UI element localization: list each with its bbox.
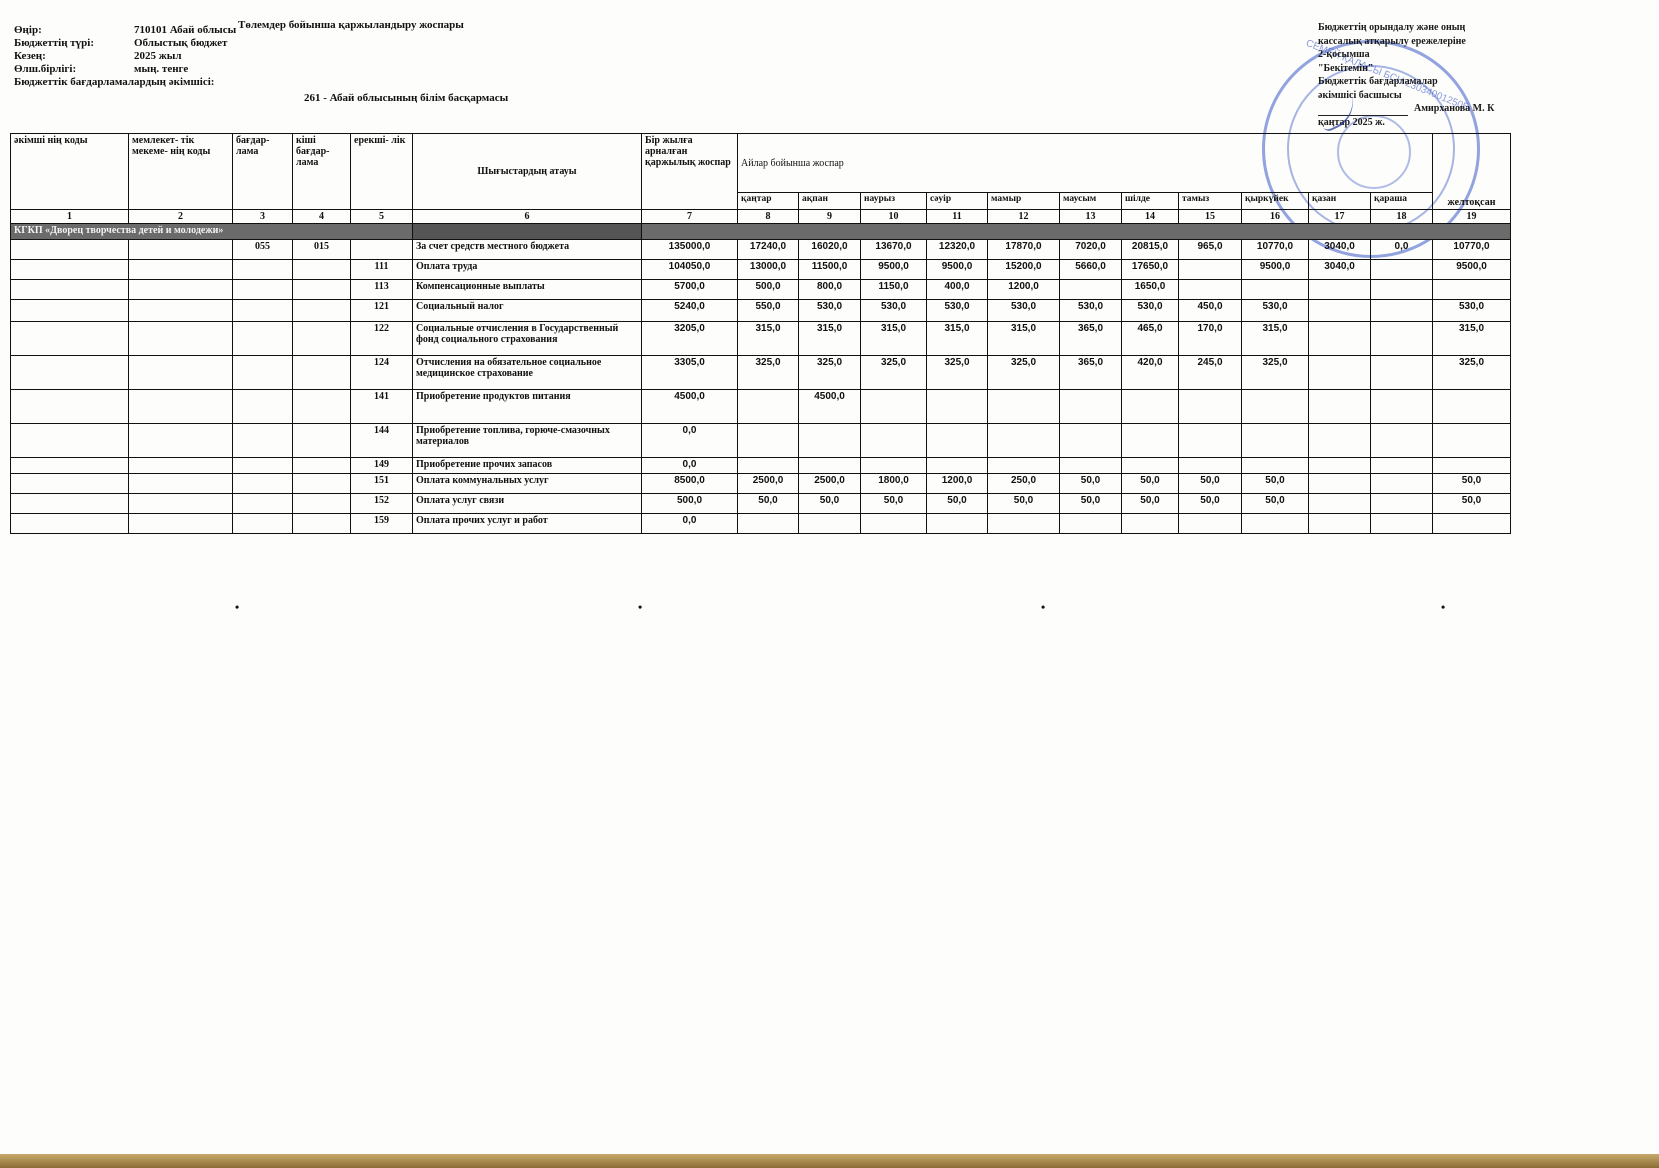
specific-cell: 121 (351, 300, 413, 322)
institution-code-cell (129, 280, 233, 300)
institution-code-cell (129, 494, 233, 514)
expense-name-cell: Социальные отчисления в Государственный … (413, 322, 642, 356)
table-row: 159Оплата прочих услуг и работ0,0 (11, 514, 1511, 534)
month-value-cell (1433, 390, 1511, 424)
month-value-cell: 1200,0 (927, 474, 988, 494)
month-value-cell (861, 424, 927, 458)
column-number: 7 (642, 210, 738, 224)
admin-code-cell (11, 240, 129, 260)
annual-plan-cell: 500,0 (642, 494, 738, 514)
admin-code-cell (11, 300, 129, 322)
table-row: 144Приобретение топлива, горюче-смазочны… (11, 424, 1511, 458)
table-row: 111Оплата труда104050,013000,011500,0950… (11, 260, 1511, 280)
table-row: 149Приобретение прочих запасов0,0 (11, 458, 1511, 474)
month-value-cell: 50,0 (1122, 474, 1179, 494)
expense-name-cell: Отчисления на обязательное социальное ме… (413, 356, 642, 390)
month-value-cell (1242, 390, 1309, 424)
specific-cell: 122 (351, 322, 413, 356)
header-month-7: шілде (1122, 193, 1179, 210)
month-value-cell: 50,0 (988, 494, 1060, 514)
column-number: 5 (351, 210, 413, 224)
specific-cell: 159 (351, 514, 413, 534)
column-number: 18 (1371, 210, 1433, 224)
month-value-cell (1122, 424, 1179, 458)
header-program: бағдар- лама (233, 134, 293, 210)
month-value-cell (1060, 458, 1122, 474)
meta-unit: Өлш.бірлігі:мың. тенге (14, 63, 236, 76)
month-value-cell: 13000,0 (738, 260, 799, 280)
specific-cell: 113 (351, 280, 413, 300)
annual-plan-cell: 4500,0 (642, 390, 738, 424)
institution-code-cell (129, 458, 233, 474)
column-number: 19 (1433, 210, 1511, 224)
header-month-6: маусым (1060, 193, 1122, 210)
month-value-cell (1371, 458, 1433, 474)
header-institution-code: мемлекет- тік мекеме- нің коды (129, 134, 233, 210)
program-cell (233, 474, 293, 494)
admin-code-cell (11, 424, 129, 458)
specific-cell: 141 (351, 390, 413, 424)
expense-name-cell: Приобретение прочих запасов (413, 458, 642, 474)
table-row: 121Социальный налог5240,0550,0530,0530,0… (11, 300, 1511, 322)
month-value-cell (738, 390, 799, 424)
column-numbers-row: 12345678910111213141516171819 (11, 210, 1511, 224)
institution-code-cell (129, 474, 233, 494)
month-value-cell: 12320,0 (927, 240, 988, 260)
month-value-cell (1242, 280, 1309, 300)
scan-mark: • (235, 600, 239, 615)
column-number: 16 (1242, 210, 1309, 224)
institution-code-cell (129, 240, 233, 260)
month-value-cell (1371, 494, 1433, 514)
subprogram-cell (293, 474, 351, 494)
month-value-cell: 17870,0 (988, 240, 1060, 260)
expense-name-cell: Компенсационные выплаты (413, 280, 642, 300)
month-value-cell: 420,0 (1122, 356, 1179, 390)
month-value-cell (1309, 390, 1371, 424)
month-value-cell (1309, 280, 1371, 300)
annual-plan-cell: 0,0 (642, 458, 738, 474)
month-value-cell (927, 458, 988, 474)
month-value-cell: 50,0 (1122, 494, 1179, 514)
annual-plan-cell: 5240,0 (642, 300, 738, 322)
month-value-cell (1179, 390, 1242, 424)
admin-code-cell (11, 390, 129, 424)
admin-code-cell (11, 474, 129, 494)
month-value-cell: 500,0 (738, 280, 799, 300)
month-value-cell (1371, 260, 1433, 280)
month-value-cell: 315,0 (927, 322, 988, 356)
column-number: 13 (1060, 210, 1122, 224)
annual-plan-cell: 0,0 (642, 514, 738, 534)
month-value-cell (1433, 514, 1511, 534)
month-value-cell (738, 458, 799, 474)
month-value-cell (1309, 458, 1371, 474)
month-value-cell (988, 514, 1060, 534)
month-value-cell: 400,0 (927, 280, 988, 300)
expense-name-cell: Оплата услуг связи (413, 494, 642, 514)
month-value-cell: 9500,0 (1433, 260, 1511, 280)
admin-code-cell (11, 458, 129, 474)
month-value-cell (1371, 390, 1433, 424)
table-row: 113Компенсационные выплаты5700,0500,0800… (11, 280, 1511, 300)
table-row: 152Оплата услуг связи500,050,050,050,050… (11, 494, 1511, 514)
column-number: 10 (861, 210, 927, 224)
program-cell (233, 424, 293, 458)
month-value-cell: 50,0 (1433, 494, 1511, 514)
month-value-cell: 325,0 (799, 356, 861, 390)
month-value-cell: 9500,0 (1242, 260, 1309, 280)
month-value-cell: 550,0 (738, 300, 799, 322)
month-value-cell (1179, 260, 1242, 280)
header-month-8: тамыз (1179, 193, 1242, 210)
header-month-3: наурыз (861, 193, 927, 210)
column-number: 2 (129, 210, 233, 224)
month-value-cell: 530,0 (1433, 300, 1511, 322)
month-value-cell: 1200,0 (988, 280, 1060, 300)
month-value-cell: 50,0 (1060, 494, 1122, 514)
specific-cell: 152 (351, 494, 413, 514)
specific-cell (351, 240, 413, 260)
month-value-cell (1179, 514, 1242, 534)
month-value-cell (799, 458, 861, 474)
program-cell (233, 514, 293, 534)
month-value-cell (799, 514, 861, 534)
header-monthly-plan: Айлар бойынша жоспар (738, 134, 1433, 193)
column-number: 11 (927, 210, 988, 224)
scan-edge (0, 1154, 1659, 1168)
column-number: 12 (988, 210, 1060, 224)
column-number: 6 (413, 210, 642, 224)
month-value-cell (1371, 474, 1433, 494)
institution-code-cell (129, 260, 233, 280)
subprogram-cell (293, 322, 351, 356)
admin-code-cell (11, 280, 129, 300)
header-month-10: қазан (1309, 193, 1371, 210)
institution-code-cell (129, 300, 233, 322)
subprogram-cell (293, 494, 351, 514)
month-value-cell (1309, 356, 1371, 390)
month-value-cell: 465,0 (1122, 322, 1179, 356)
month-value-cell (799, 424, 861, 458)
column-number: 15 (1179, 210, 1242, 224)
month-value-cell (1242, 458, 1309, 474)
month-value-cell: 325,0 (861, 356, 927, 390)
month-value-cell: 530,0 (1060, 300, 1122, 322)
specific-cell: 144 (351, 424, 413, 458)
month-value-cell: 50,0 (738, 494, 799, 514)
month-value-cell (1371, 424, 1433, 458)
month-value-cell: 325,0 (927, 356, 988, 390)
month-value-cell (1371, 280, 1433, 300)
header-annual-plan: Бір жылға арналған қаржылық жоспар (642, 134, 738, 210)
admin-code-cell (11, 514, 129, 534)
meta-region: Өңір:710101 Абай облысы (14, 24, 236, 37)
month-value-cell (1060, 514, 1122, 534)
annual-plan-cell: 104050,0 (642, 260, 738, 280)
month-value-cell: 325,0 (1433, 356, 1511, 390)
month-value-cell: 50,0 (1179, 494, 1242, 514)
month-value-cell: 325,0 (988, 356, 1060, 390)
month-value-cell (1179, 458, 1242, 474)
header-subprogram: кіші бағдар- лама (293, 134, 351, 210)
month-value-cell (927, 424, 988, 458)
month-value-cell: 1650,0 (1122, 280, 1179, 300)
subprogram-cell (293, 424, 351, 458)
month-value-cell (1122, 514, 1179, 534)
month-value-cell: 0,0 (1371, 240, 1433, 260)
expense-name-cell: За счет средств местного бюджета (413, 240, 642, 260)
month-value-cell: 50,0 (927, 494, 988, 514)
scan-mark: • (1041, 600, 1045, 615)
month-value-cell (1309, 322, 1371, 356)
month-value-cell (1060, 280, 1122, 300)
column-number: 8 (738, 210, 799, 224)
header-expense-name: Шығыстардың атауы (413, 134, 642, 210)
month-value-cell: 315,0 (988, 322, 1060, 356)
admin-code-cell (11, 260, 129, 280)
document-title: Төлемдер бойынша қаржыландыру жоспары (238, 19, 464, 31)
month-value-cell: 245,0 (1179, 356, 1242, 390)
month-value-cell (1309, 474, 1371, 494)
month-value-cell: 50,0 (1179, 474, 1242, 494)
meta-period: Кезең:2025 жыл (14, 50, 236, 63)
document-meta: Өңір:710101 Абай облысы Бюджеттің түрі:О… (14, 24, 236, 89)
header-admin-code: әкімші нің коды (11, 134, 129, 210)
month-value-cell (1371, 514, 1433, 534)
month-value-cell (1309, 300, 1371, 322)
month-value-cell (1309, 494, 1371, 514)
month-value-cell: 10770,0 (1242, 240, 1309, 260)
meta-admin-label: Бюджеттік бағдарламалардың әкімшісі: (14, 76, 236, 89)
table-row: 151Оплата коммунальных услуг8500,02500,0… (11, 474, 1511, 494)
month-value-cell: 9500,0 (861, 260, 927, 280)
month-value-cell: 2500,0 (799, 474, 861, 494)
month-value-cell: 325,0 (738, 356, 799, 390)
month-value-cell (1309, 514, 1371, 534)
table-row: 141Приобретение продуктов питания4500,04… (11, 390, 1511, 424)
header-month-5: мамыр (988, 193, 1060, 210)
month-value-cell: 13670,0 (861, 240, 927, 260)
month-value-cell (738, 424, 799, 458)
specific-cell: 124 (351, 356, 413, 390)
specific-cell: 149 (351, 458, 413, 474)
month-value-cell: 450,0 (1179, 300, 1242, 322)
subprogram-cell (293, 300, 351, 322)
program-cell (233, 322, 293, 356)
header-month-12: желтоқсан (1433, 134, 1511, 210)
month-value-cell: 50,0 (1242, 474, 1309, 494)
institution-code-cell (129, 514, 233, 534)
month-value-cell: 1800,0 (861, 474, 927, 494)
group-row: КГКП «Дворец творчества детей и молодежи… (11, 224, 1511, 240)
month-value-cell: 2500,0 (738, 474, 799, 494)
month-value-cell: 365,0 (1060, 322, 1122, 356)
program-cell (233, 390, 293, 424)
annual-plan-cell: 0,0 (642, 424, 738, 458)
header-month-1: қаңтар (738, 193, 799, 210)
subprogram-cell (293, 390, 351, 424)
month-value-cell: 50,0 (799, 494, 861, 514)
month-value-cell: 9500,0 (927, 260, 988, 280)
program-cell (233, 356, 293, 390)
month-value-cell: 800,0 (799, 280, 861, 300)
month-value-cell (927, 390, 988, 424)
financing-plan-table: әкімші нің коды мемлекет- тік мекеме- ні… (10, 133, 1511, 534)
signer-name: Амирханова М. К (1414, 102, 1494, 116)
month-value-cell (861, 458, 927, 474)
admin-code-cell (11, 494, 129, 514)
month-value-cell: 50,0 (861, 494, 927, 514)
month-value-cell: 530,0 (799, 300, 861, 322)
month-value-cell: 315,0 (738, 322, 799, 356)
header-month-4: сәуір (927, 193, 988, 210)
month-value-cell (1371, 300, 1433, 322)
month-value-cell (1433, 424, 1511, 458)
month-value-cell: 965,0 (1179, 240, 1242, 260)
month-value-cell (1242, 424, 1309, 458)
column-number: 17 (1309, 210, 1371, 224)
month-value-cell: 50,0 (1060, 474, 1122, 494)
month-value-cell: 1150,0 (861, 280, 927, 300)
header-month-9: қыркүйек (1242, 193, 1309, 210)
month-value-cell: 315,0 (1433, 322, 1511, 356)
table-row: 124Отчисления на обязательное социальное… (11, 356, 1511, 390)
institution-code-cell (129, 424, 233, 458)
annual-plan-cell: 135000,0 (642, 240, 738, 260)
month-value-cell: 5660,0 (1060, 260, 1122, 280)
annual-plan-cell: 3305,0 (642, 356, 738, 390)
month-value-cell: 530,0 (988, 300, 1060, 322)
header-row: әкімші нің коды мемлекет- тік мекеме- ні… (11, 134, 1511, 193)
month-value-cell: 365,0 (1060, 356, 1122, 390)
subprogram-cell (293, 356, 351, 390)
column-number: 3 (233, 210, 293, 224)
annual-plan-cell: 5700,0 (642, 280, 738, 300)
month-value-cell: 325,0 (1242, 356, 1309, 390)
approval-date: қаңтар 2025 ж. (1318, 116, 1494, 130)
specific-cell: 111 (351, 260, 413, 280)
month-value-cell (927, 514, 988, 534)
column-number: 14 (1122, 210, 1179, 224)
expense-name-cell: Оплата прочих услуг и работ (413, 514, 642, 534)
expense-name-cell: Приобретение топлива, горюче-смазочных м… (413, 424, 642, 458)
month-value-cell (1371, 322, 1433, 356)
month-value-cell: 3040,0 (1309, 240, 1371, 260)
subprogram-cell: 015 (293, 240, 351, 260)
month-value-cell: 530,0 (861, 300, 927, 322)
month-value-cell (988, 458, 1060, 474)
month-value-cell: 315,0 (1242, 322, 1309, 356)
column-number: 4 (293, 210, 351, 224)
institution-code-cell (129, 356, 233, 390)
header-month-11: қараша (1371, 193, 1433, 210)
meta-budget-type: Бюджеттің түрі:Облыстық бюджет (14, 37, 236, 50)
month-value-cell: 530,0 (1242, 300, 1309, 322)
month-value-cell: 11500,0 (799, 260, 861, 280)
month-value-cell (1060, 424, 1122, 458)
month-value-cell: 530,0 (927, 300, 988, 322)
month-value-cell: 315,0 (799, 322, 861, 356)
table-row: 122Социальные отчисления в Государственн… (11, 322, 1511, 356)
month-value-cell: 20815,0 (1122, 240, 1179, 260)
month-value-cell: 3040,0 (1309, 260, 1371, 280)
admin-code-cell (11, 356, 129, 390)
month-value-cell: 530,0 (1122, 300, 1179, 322)
specific-cell: 151 (351, 474, 413, 494)
month-value-cell (1371, 356, 1433, 390)
month-value-cell: 17650,0 (1122, 260, 1179, 280)
program-cell (233, 260, 293, 280)
subprogram-cell (293, 280, 351, 300)
expense-name-cell: Оплата труда (413, 260, 642, 280)
signature-line: Амирханова М. К (1318, 102, 1494, 116)
month-value-cell: 4500,0 (799, 390, 861, 424)
approval-block: Бюджеттің орындалу және оның кассалық ат… (1318, 21, 1494, 129)
month-value-cell: 17240,0 (738, 240, 799, 260)
column-number: 1 (11, 210, 129, 224)
month-value-cell: 10770,0 (1433, 240, 1511, 260)
program-cell (233, 280, 293, 300)
month-value-cell: 16020,0 (799, 240, 861, 260)
month-value-cell: 250,0 (988, 474, 1060, 494)
expense-name-cell: Приобретение продуктов питания (413, 390, 642, 424)
month-value-cell (861, 514, 927, 534)
admin-code-cell (11, 322, 129, 356)
program-cell (233, 458, 293, 474)
column-number: 9 (799, 210, 861, 224)
month-value-cell (861, 390, 927, 424)
month-value-cell: 315,0 (861, 322, 927, 356)
header-specific: ерекші- лік (351, 134, 413, 210)
annual-plan-cell: 8500,0 (642, 474, 738, 494)
month-value-cell (1433, 458, 1511, 474)
month-value-cell (1060, 390, 1122, 424)
month-value-cell (1179, 280, 1242, 300)
table-row: 055015За счет средств местного бюджета13… (11, 240, 1511, 260)
month-value-cell (1122, 390, 1179, 424)
month-value-cell (988, 390, 1060, 424)
month-value-cell (1309, 424, 1371, 458)
expense-name-cell: Оплата коммунальных услуг (413, 474, 642, 494)
month-value-cell (1179, 424, 1242, 458)
scan-mark: • (638, 600, 642, 615)
program-cell (233, 494, 293, 514)
institution-code-cell (129, 390, 233, 424)
month-value-cell: 50,0 (1242, 494, 1309, 514)
group-label: КГКП «Дворец творчества детей и молодежи… (11, 224, 413, 240)
month-value-cell: 7020,0 (1060, 240, 1122, 260)
month-value-cell: 50,0 (1433, 474, 1511, 494)
month-value-cell: 15200,0 (988, 260, 1060, 280)
meta-admin-value: 261 - Абай облысының білім басқармасы (304, 92, 508, 104)
month-value-cell: 170,0 (1179, 322, 1242, 356)
expense-name-cell: Социальный налог (413, 300, 642, 322)
subprogram-cell (293, 458, 351, 474)
institution-code-cell (129, 322, 233, 356)
subprogram-cell (293, 514, 351, 534)
program-cell: 055 (233, 240, 293, 260)
program-cell (233, 300, 293, 322)
month-value-cell (1433, 280, 1511, 300)
header-month-2: ақпан (799, 193, 861, 210)
scan-mark: • (1441, 600, 1445, 615)
month-value-cell (1122, 458, 1179, 474)
month-value-cell (738, 514, 799, 534)
subprogram-cell (293, 260, 351, 280)
month-value-cell (988, 424, 1060, 458)
month-value-cell (1242, 514, 1309, 534)
